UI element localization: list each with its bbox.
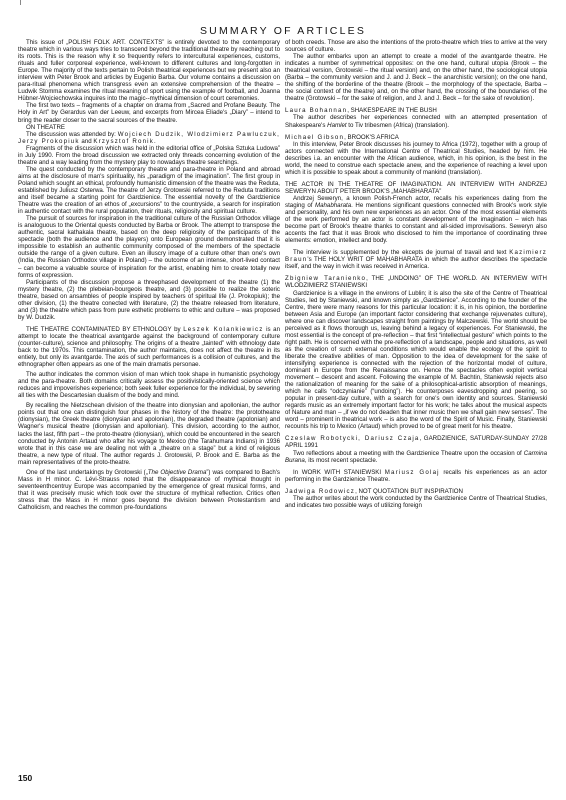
article-title: , BROOK'S AFRICA (344, 134, 399, 141)
seweryn-summary: Andrzej Seweryn, a known Polish-French a… (285, 195, 547, 244)
kolankiewicz-article: THE THEATRE CONTAMINATED BY ETHNOLOGY by… (18, 326, 280, 368)
gibson-summary: In this interview, Peter Brook discusses… (285, 141, 547, 176)
right-column: of both creeds. Those are also the inten… (285, 39, 547, 509)
taranienko-heading: Zbigniew Taranienko, THE „UNDOING” OF TH… (285, 275, 547, 289)
attendee-last: Krzysztof Ronik (93, 138, 154, 145)
intro-paragraph: This issue of „POLISH FOLK ART. CONTEXTS… (18, 39, 280, 102)
scan-margin-mark (20, 0, 21, 5)
objective-drama-paragraph: One of the last undertakings by Grotowsk… (18, 469, 280, 511)
avantgarde-model-paragraph: The author embarks upon an attempt to cr… (285, 53, 547, 102)
rodowicz-heading: Jadwiga Rodowicz, NOT QUOTATION BUT INSP… (285, 488, 547, 495)
robotycki-heading: Czeslaw Robotycki, Dariusz Czaja, GARDZI… (285, 435, 547, 449)
pursuit-paragraph: The pursuit of sources for inspiration i… (18, 215, 280, 278)
on-theatre-heading: ON THEATRE (18, 124, 280, 131)
three-phase-paragraph: Participants of the discussion propose a… (18, 279, 280, 321)
page-title: SUMMARY OF ARTICLES (0, 25, 566, 37)
article-author: Michael Gibson (285, 134, 344, 141)
quest-paragraph: The quest conducted by the contemporary … (18, 166, 280, 215)
page-number: 150 (18, 773, 32, 783)
article-author: Leszek Kolankiewicz (183, 326, 263, 333)
article-author: Jadwiga Rodowicz (285, 488, 355, 495)
article-author: Laura Bohannan (285, 107, 347, 114)
discussion-fragments-paragraph: Fragments of the discussion which was he… (18, 145, 280, 166)
article-title: THE THEATRE CONTAMINATED BY ETHNOLOGY (26, 326, 172, 333)
nietzschean-paragraph: By recalling the Nietzschean division of… (18, 402, 280, 465)
robotycki-summary: Two reflections about a meeting with the… (285, 450, 547, 464)
article-author: Zbigniew Taranienko (285, 275, 366, 282)
van-der-leeuw-paragraph: The first two texts – fragments of a cha… (18, 102, 280, 123)
seweryn-heading: THE ACTOR IN THE THEATRE OF IMAGINATION.… (285, 181, 547, 195)
article-author: Czeslaw Robotycki, Dariusz Czaja (285, 435, 420, 442)
article-title: , NOT QUOTATION BUT INSPIRATION (355, 488, 463, 495)
taranienko-summary: Gardzienice is a village in the environs… (285, 290, 547, 431)
article-title: , SHAKESPEARE IN THE BUSH (347, 107, 437, 114)
rodowicz-summary: The author writes about the work conduct… (285, 495, 547, 509)
gibson-heading: Michael Gibson, BROOK'S AFRICA (285, 134, 547, 141)
bohannan-summary: The author describes her experiences con… (285, 114, 547, 128)
golaj-paragraph: In WORK WITH STANIEWSKI Mariusz Golaj re… (285, 469, 547, 483)
left-column: This issue of „POLISH FOLK ART. CONTEXTS… (18, 39, 280, 511)
discussion-attendees: The discussion was attended by: Wojciech… (18, 131, 280, 145)
common-vision-paragraph: The author indicates the common vision o… (18, 371, 280, 399)
article-author: Mariusz Golaj (385, 469, 440, 476)
braun-paragraph: The interview is supplemented by the ekc… (285, 249, 547, 270)
bohannan-heading: Laura Bohannan, SHAKESPEARE IN THE BUSH (285, 107, 547, 114)
both-creeds-paragraph: of both creeds. Those are also the inten… (285, 39, 547, 53)
